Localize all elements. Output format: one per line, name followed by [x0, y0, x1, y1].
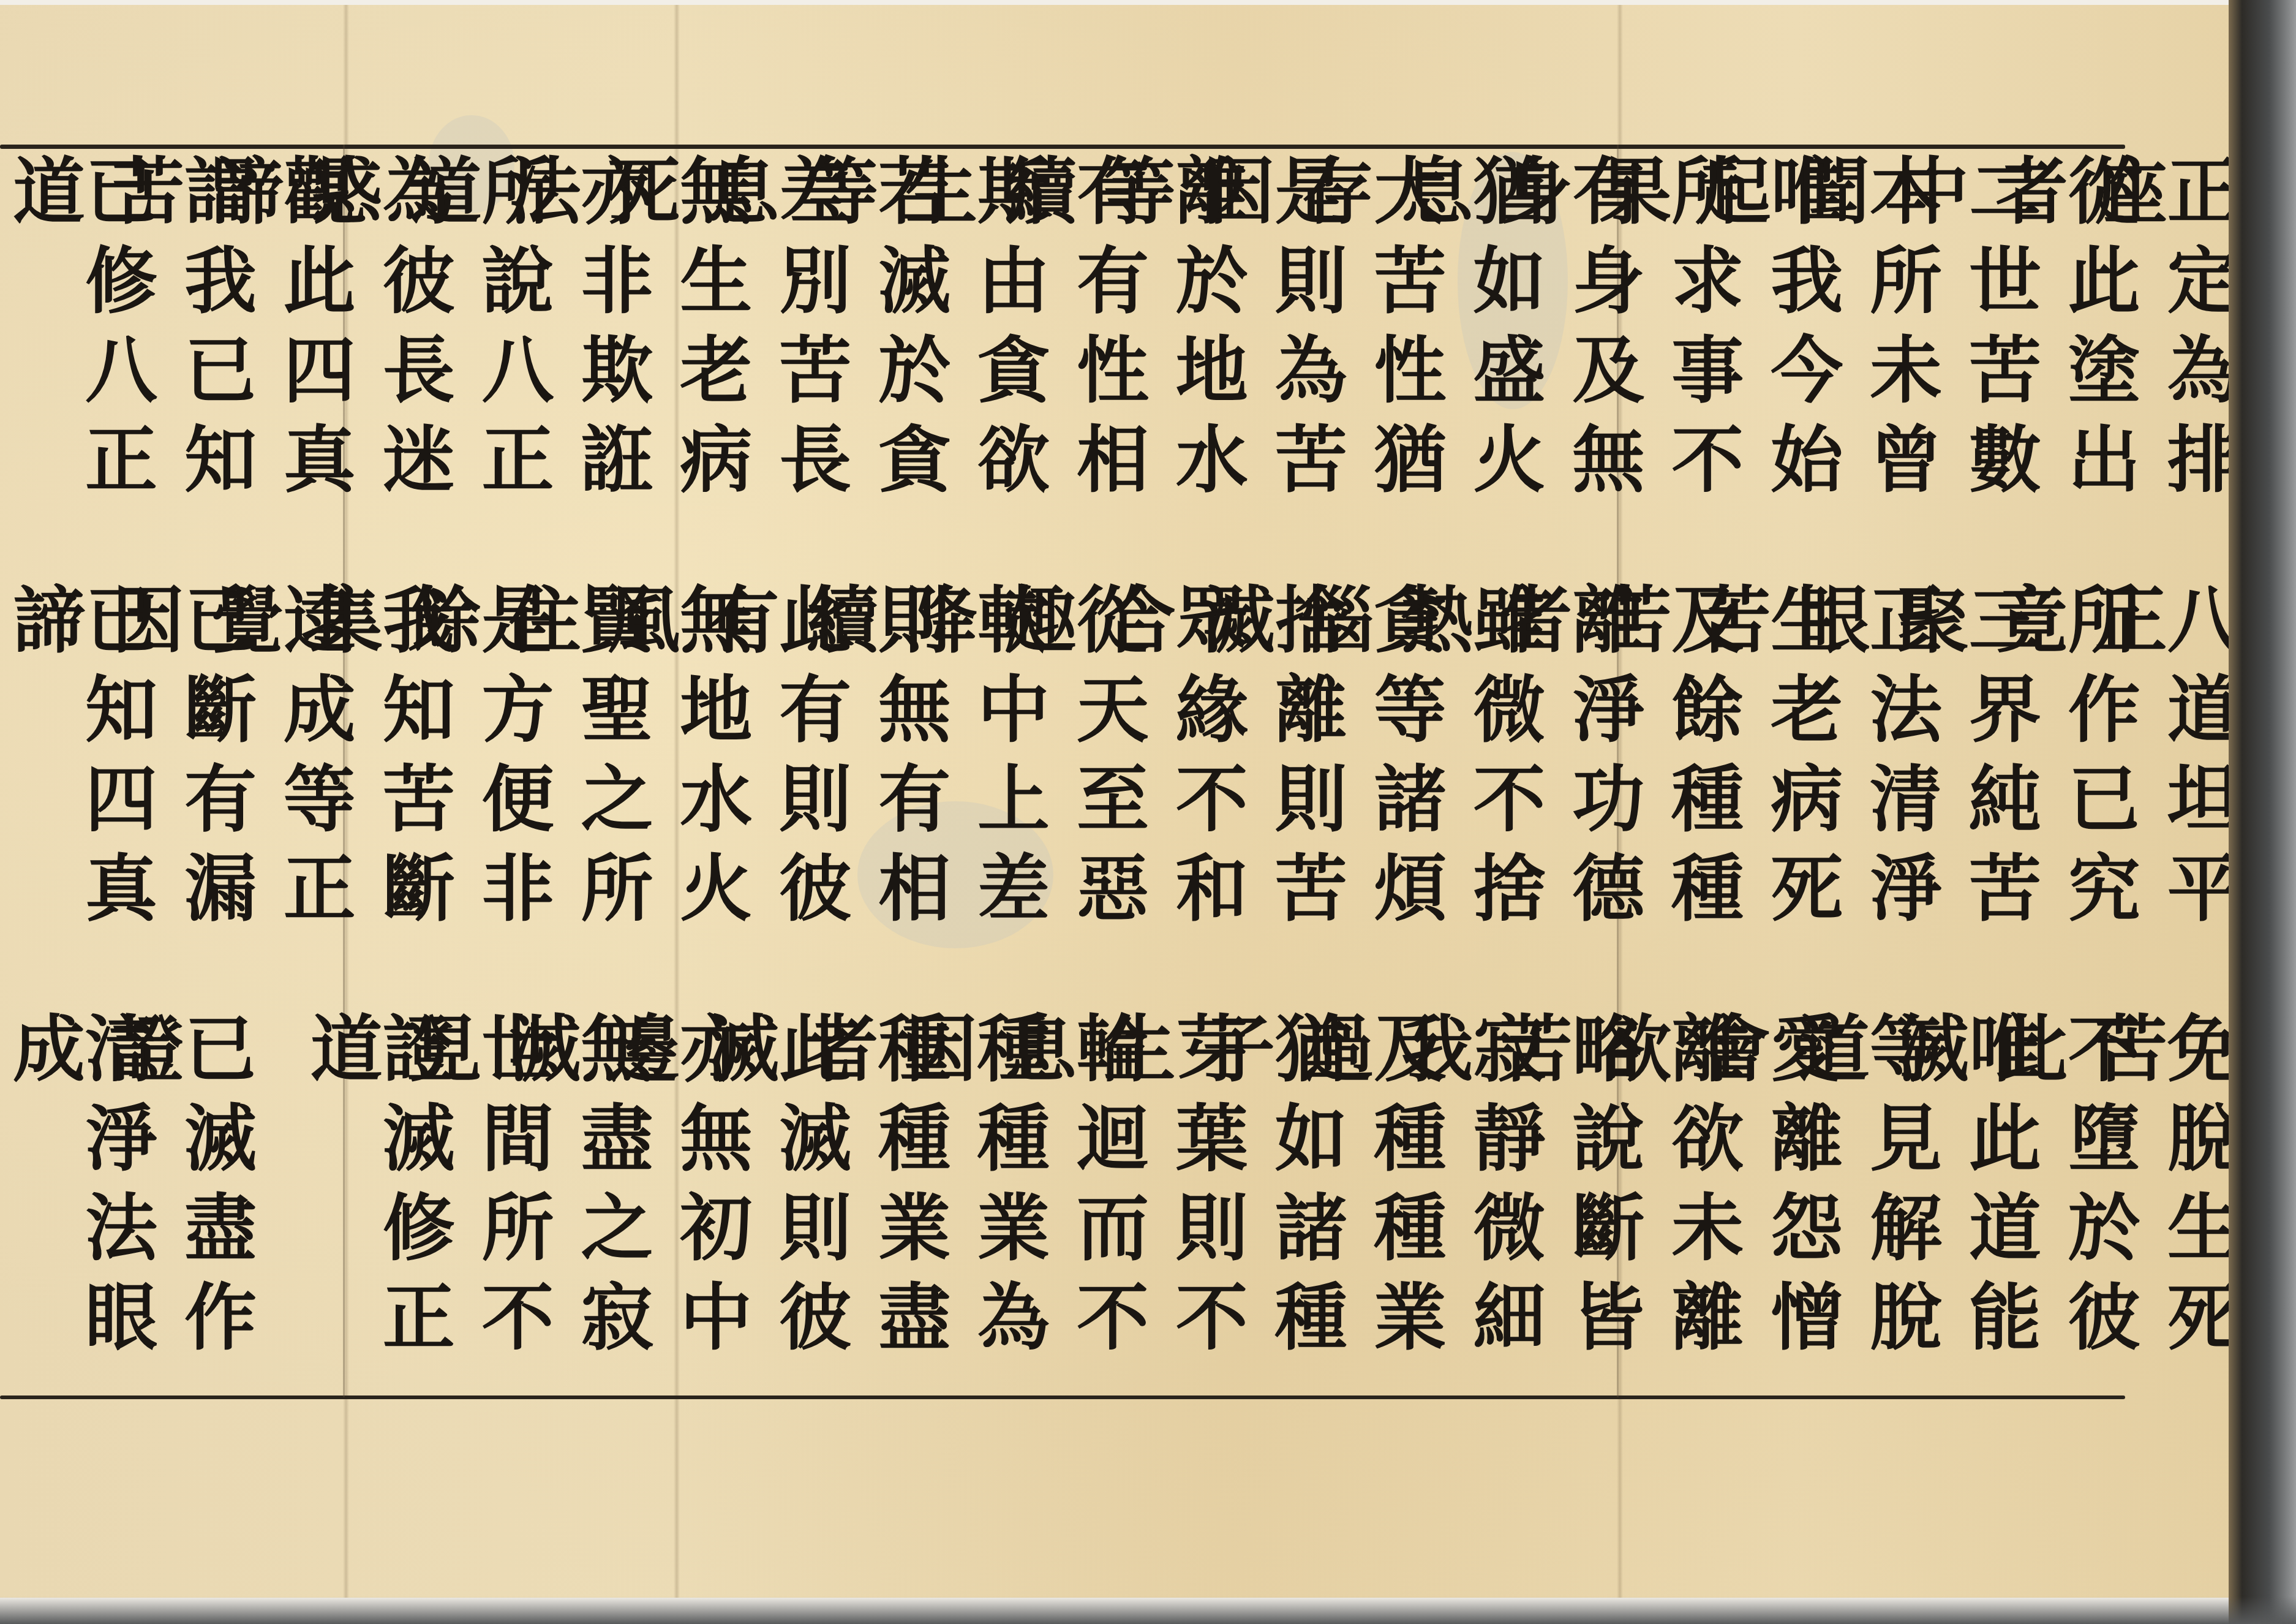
verse-line: 免脫生死苦: [2089, 1011, 2234, 1440]
scanned-page: 正定為排座 八道坦平正 免脫生死苦 從此塗出者 所作已究竟 不墮於彼此 二世苦數…: [0, 0, 2296, 1624]
scan-bottom-shadow: [0, 1596, 2296, 1624]
book-binding-edge: [2229, 0, 2296, 1624]
verse-line: 八道坦平正: [2089, 582, 2234, 1011]
verse-line: 正定為排座: [2089, 153, 2234, 582]
text-column-1: 正定為排座 八道坦平正 免脫生死苦: [2112, 153, 2210, 1440]
top-border-rule: [0, 145, 2125, 149]
text-columns: 正定為排座 八道坦平正 免脫生死苦 從此塗出者 所作已究竟 不墮於彼此 二世苦數…: [30, 153, 2210, 1440]
